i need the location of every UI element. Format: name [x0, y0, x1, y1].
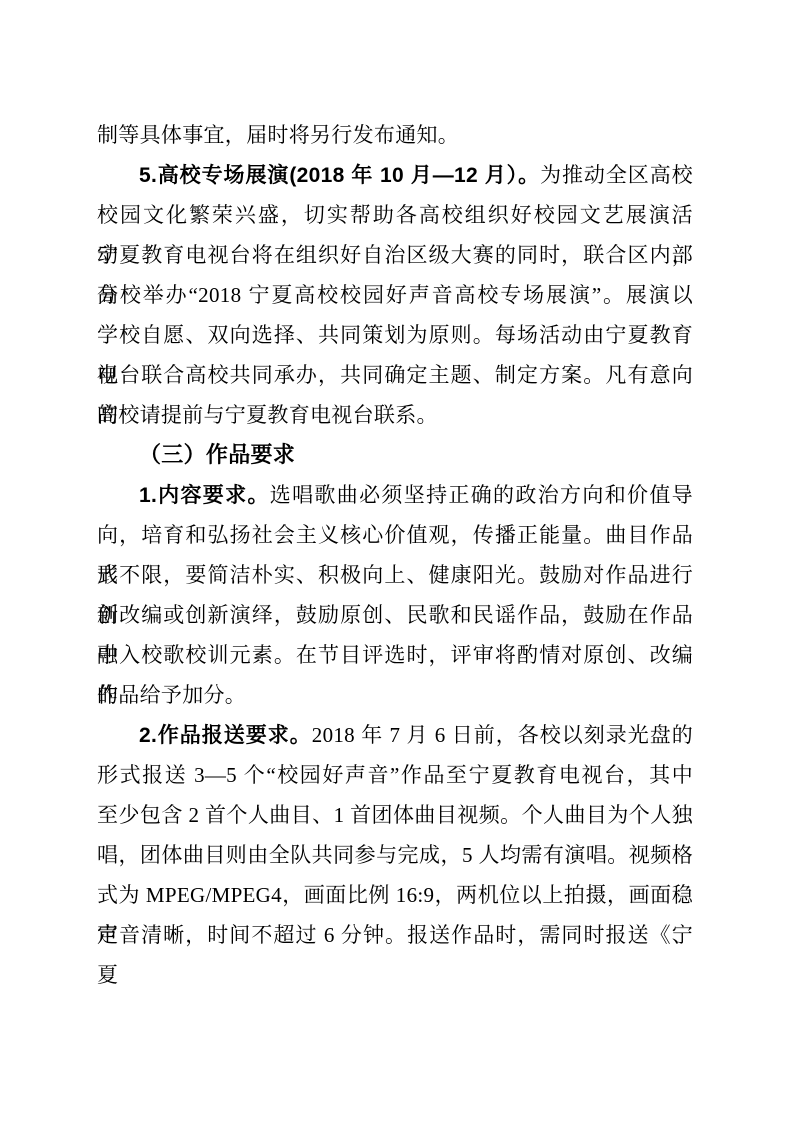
bold-lead: 1.内容要求。	[139, 484, 270, 507]
text-line: 唱，团体曲目则由全队共同参与完成，5 人均需有演唱。视频格	[97, 835, 693, 875]
text-line: 向，培育和弘扬社会主义核心价值观，传播正能量。曲目作品形	[97, 515, 693, 555]
text-line: 制等具体事宜，届时将另行发布通知。	[97, 115, 693, 155]
text-run: 制等具体事宜，届时将另行发布通知。	[97, 123, 459, 147]
text-line: 新改编或创新演绎，鼓励原创、民歌和民谣作品，鼓励在作品中	[97, 595, 693, 635]
text-line: 至少包含 2 首个人曲目、1 首团体曲目视频。个人曲目为个人独	[97, 795, 693, 835]
section-heading-text: （三）作品要求	[139, 442, 295, 467]
document-page: 制等具体事宜，届时将另行发布通知。 5.高校专场展演(2018 年 10 月—1…	[0, 0, 793, 1122]
text-run: 至少包含 2 首个人曲目、1 首团体曲目视频。个人曲目为个人独	[97, 803, 693, 827]
text-run: 作品给予加分。	[97, 683, 246, 707]
text-line: 宁夏教育电视台将在组织好自治区级大赛的同时，联合区内部分	[97, 235, 693, 275]
text-line: 高校举办“2018 宁夏高校校园好声音高校专场展演”。展演以	[97, 275, 693, 315]
text-run: 唱，团体曲目则由全队共同参与完成，5 人均需有演唱。视频格	[97, 843, 693, 867]
text-run: 高校请提前与宁夏教育电视台联系。	[97, 403, 438, 427]
text-line: 融入校歌校训元素。在节目评选时，评审将酌情对原创、改编的	[97, 635, 693, 675]
bold-lead: 5.高校专场展演(2018 年 10 月—12 月）。	[139, 164, 540, 187]
text-line: 声音清晰，时间不超过 6 分钟。报送作品时，需同时报送《宁夏	[97, 915, 693, 955]
text-run: 声音清晰，时间不超过 6 分钟。报送作品时，需同时报送《宁夏	[97, 923, 693, 987]
text-line: 2.作品报送要求。2018 年 7 月 6 日前，各校以刻录光盘的	[97, 715, 693, 755]
bold-lead: 2.作品报送要求。	[139, 724, 312, 747]
section-heading: （三）作品要求	[97, 435, 693, 475]
text-line: 式不限，要简洁朴实、积极向上、健康阳光。鼓励对作品进行创	[97, 555, 693, 595]
text-line: 高校请提前与宁夏教育电视台联系。	[97, 395, 693, 435]
text-run: 为推动全区高校	[540, 163, 693, 187]
text-run: 形式报送 3—5 个“校园好声音”作品至宁夏教育电视台，其中	[97, 763, 693, 787]
text-run: 2018 年 7 月 6 日前，各校以刻录光盘的	[312, 723, 693, 747]
text-line: 5.高校专场展演(2018 年 10 月—12 月）。为推动全区高校	[97, 155, 693, 195]
text-line: 1.内容要求。选唱歌曲必须坚持正确的政治方向和价值导	[97, 475, 693, 515]
text-run: 选唱歌曲必须坚持正确的政治方向和价值导	[270, 483, 693, 507]
document-text-block: 制等具体事宜，届时将另行发布通知。 5.高校专场展演(2018 年 10 月—1…	[97, 115, 693, 955]
text-line: 视台联合高校共同承办，共同确定主题、制定方案。凡有意向的	[97, 355, 693, 395]
text-line: 学校自愿、双向选择、共同策划为原则。每场活动由宁夏教育电	[97, 315, 693, 355]
text-run: 高校举办“2018 宁夏高校校园好声音高校专场展演”。展演以	[97, 283, 693, 307]
text-line: 式为 MPEG/MPEG4，画面比例 16:9，两机位以上拍摄，画面稳定、	[97, 875, 693, 915]
text-line: 校园文化繁荣兴盛，切实帮助各高校组织好校园文艺展演活动，	[97, 195, 693, 235]
text-line: 形式报送 3—5 个“校园好声音”作品至宁夏教育电视台，其中	[97, 755, 693, 795]
text-line: 作品给予加分。	[97, 675, 693, 715]
